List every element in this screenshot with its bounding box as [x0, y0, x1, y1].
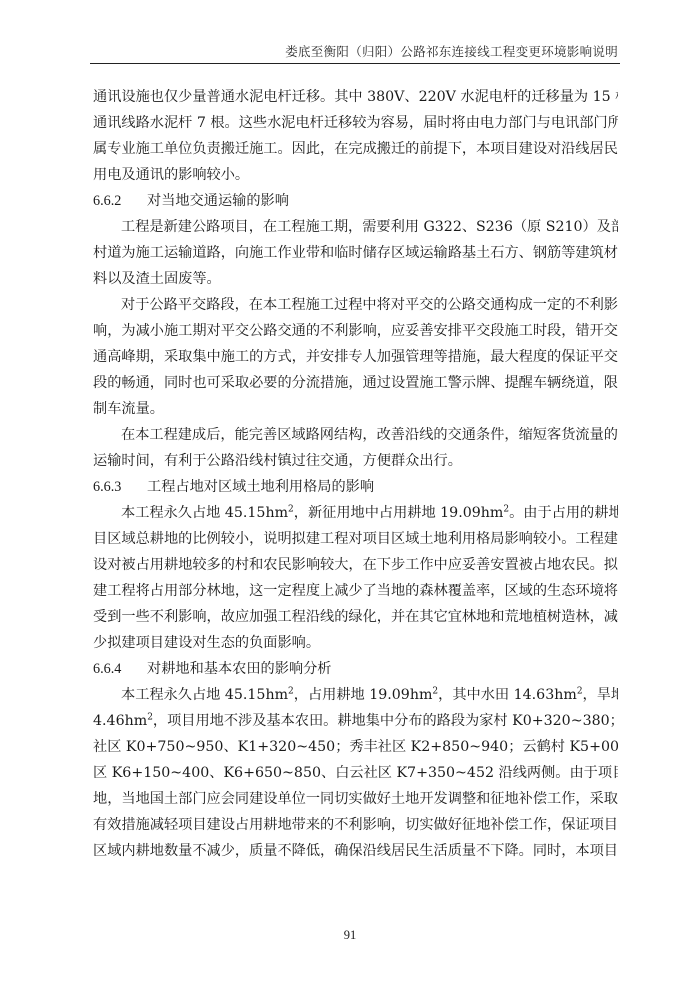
text-line: 在本工程建成后，能完善区域路网结构，改善沿线的交通条件，缩短客货流量的 — [93, 422, 618, 448]
text-line: 区域内耕地数量不减少，质量不降低，确保沿线居民生活质量不下降。同时，本项目 — [93, 838, 618, 864]
text-line: 目区域总耕地的比例较小，说明拟建工程对项目区域土地利用格局影响较小。工程建 — [93, 526, 618, 552]
text-run: 4.46hm — [93, 713, 147, 729]
paragraph-construction-transport: 工程是新建公路项目，在工程施工期，需要利用 G322、S236（原 S210）及… — [93, 214, 618, 292]
text-run: ，旱地 — [583, 687, 618, 703]
text-run: ，占用耕地 19.09hm — [294, 687, 433, 703]
section-number: 6.6.2 — [93, 188, 135, 214]
document-title: 娄底至衡阳（归阳）公路祁东连接线工程变更环境影响说明 — [285, 42, 618, 60]
text-line: 本工程永久占地 45.15hm2，占用耕地 19.09hm2，其中水田 14.6… — [93, 682, 618, 708]
text-line: 有效措施减轻项目建设占用耕地带来的不利影响，切实做好征地补偿工作，保证项目 — [93, 812, 618, 838]
text-line: 受到一些不利影响，故应加强工程沿线的绿化，并在其它宜林地和荒地植树造林，减 — [93, 604, 618, 630]
section-heading-6-6-3: 6.6.3工程占地对区域土地利用格局的影响 — [93, 474, 618, 500]
text-line: 运输时间，有利于公路沿线村镇过往交通，方便群众出行。 — [93, 448, 618, 474]
section-number: 6.6.3 — [93, 474, 135, 500]
paragraph-land-use: 本工程永久占地 45.15hm2，新征用地中占用耕地 19.09hm2。由于占用… — [93, 500, 618, 656]
text-run: 。由于占用的耕地在项 — [509, 505, 618, 521]
page-body: 通讯设施也仅少量普通水泥电杆迁移。其中 380V、220V 水泥电杆的迁移量为 … — [93, 84, 618, 864]
paragraph-farmland: 本工程永久占地 45.15hm2，占用耕地 19.09hm2，其中水田 14.6… — [93, 682, 618, 864]
text-run: 本工程永久占地 45.15hm — [121, 505, 288, 521]
text-line: 社区 K0+750~950、K1+320~450；秀丰社区 K2+850~940… — [93, 734, 618, 760]
text-line: 通讯线路水泥杆 7 根。这些水泥电杆迁移较为容易，届时将由电力部门与电讯部门所 — [93, 110, 618, 136]
paragraph-level-crossings: 对于公路平交路段，在本工程施工过程中将对平交的公路交通构成一定的不利影 响，为减… — [93, 292, 618, 422]
text-line: 4.46hm2，项目用地不涉及基本农田。耕地集中分布的路段为家村 K0+320~… — [93, 708, 618, 734]
text-run: 本工程永久占地 45.15hm — [121, 687, 288, 703]
section-heading-6-6-4: 6.6.4对耕地和基本农田的影响分析 — [93, 656, 618, 682]
text-line: 通讯设施也仅少量普通水泥电杆迁移。其中 380V、220V 水泥电杆的迁移量为 … — [93, 84, 618, 110]
section-number: 6.6.4 — [93, 656, 135, 682]
text-line: 通高峰期，采取集中施工的方式，并安排专人加强管理等措施，最大程度的保证平交 — [93, 344, 618, 370]
paragraph-utility-relocation: 通讯设施也仅少量普通水泥电杆迁移。其中 380V、220V 水泥电杆的迁移量为 … — [93, 84, 618, 188]
text-line: 地，当地国土部门应会同建设单位一同切实做好土地开发调整和征地补偿工作，采取 — [93, 786, 618, 812]
section-title: 对耕地和基本农田的影响分析 — [147, 661, 331, 677]
text-line: 料以及渣土固废等。 — [93, 266, 618, 292]
text-line: 村道为施工运输道路，向施工作业带和临时储存区域运输路基土石方、钢筋等建筑材 — [93, 240, 618, 266]
text-line: 少拟建项目建设对生态的负面影响。 — [93, 630, 618, 656]
text-line: 制车流量。 — [93, 396, 618, 422]
text-line: 段的畅通，同时也可采取必要的分流措施，通过设置施工警示牌、提醒车辆绕道，限 — [93, 370, 618, 396]
text-line: 对于公路平交路段，在本工程施工过程中将对平交的公路交通构成一定的不利影 — [93, 292, 618, 318]
text-line: 响，为减小施工期对平交公路交通的不利影响，应妥善安排平交段施工时段，错开交 — [93, 318, 618, 344]
header-divider — [90, 63, 620, 64]
text-line: 设对被占用耕地较多的村和农民影响较大，在下步工作中应妥善安置被占地农民。拟 — [93, 552, 618, 578]
text-run: ，新征用地中占用耕地 19.09hm — [294, 505, 504, 521]
section-heading-6-6-2: 6.6.2对当地交通运输的影响 — [93, 188, 618, 214]
text-line: 用电及通讯的影响较小。 — [93, 162, 618, 188]
section-title: 对当地交通运输的影响 — [147, 193, 289, 209]
text-line: 本工程永久占地 45.15hm2，新征用地中占用耕地 19.09hm2。由于占用… — [93, 500, 618, 526]
text-run: ，其中水田 14.63hm — [438, 687, 577, 703]
text-line: 工程是新建公路项目，在工程施工期，需要利用 G322、S236（原 S210）及… — [93, 214, 618, 240]
section-title: 工程占地对区域土地利用格局的影响 — [147, 479, 374, 495]
page-number: 91 — [0, 928, 700, 943]
text-line: 属专业施工单位负责搬迁施工。因此，在完成搬迁的前提下，本项目建设对沿线居民 — [93, 136, 618, 162]
text-line: 建工程将占用部分林地，这一定程度上减少了当地的森林覆盖率，区域的生态环境将 — [93, 578, 618, 604]
text-line: 区 K6+150~400、K6+650~850、白云社区 K7+350~452 … — [93, 760, 618, 786]
paragraph-post-construction: 在本工程建成后，能完善区域路网结构，改善沿线的交通条件，缩短客货流量的 运输时间… — [93, 422, 618, 474]
text-run: ，项目用地不涉及基本农田。耕地集中分布的路段为家村 K0+320~380；桃红 — [153, 713, 618, 729]
